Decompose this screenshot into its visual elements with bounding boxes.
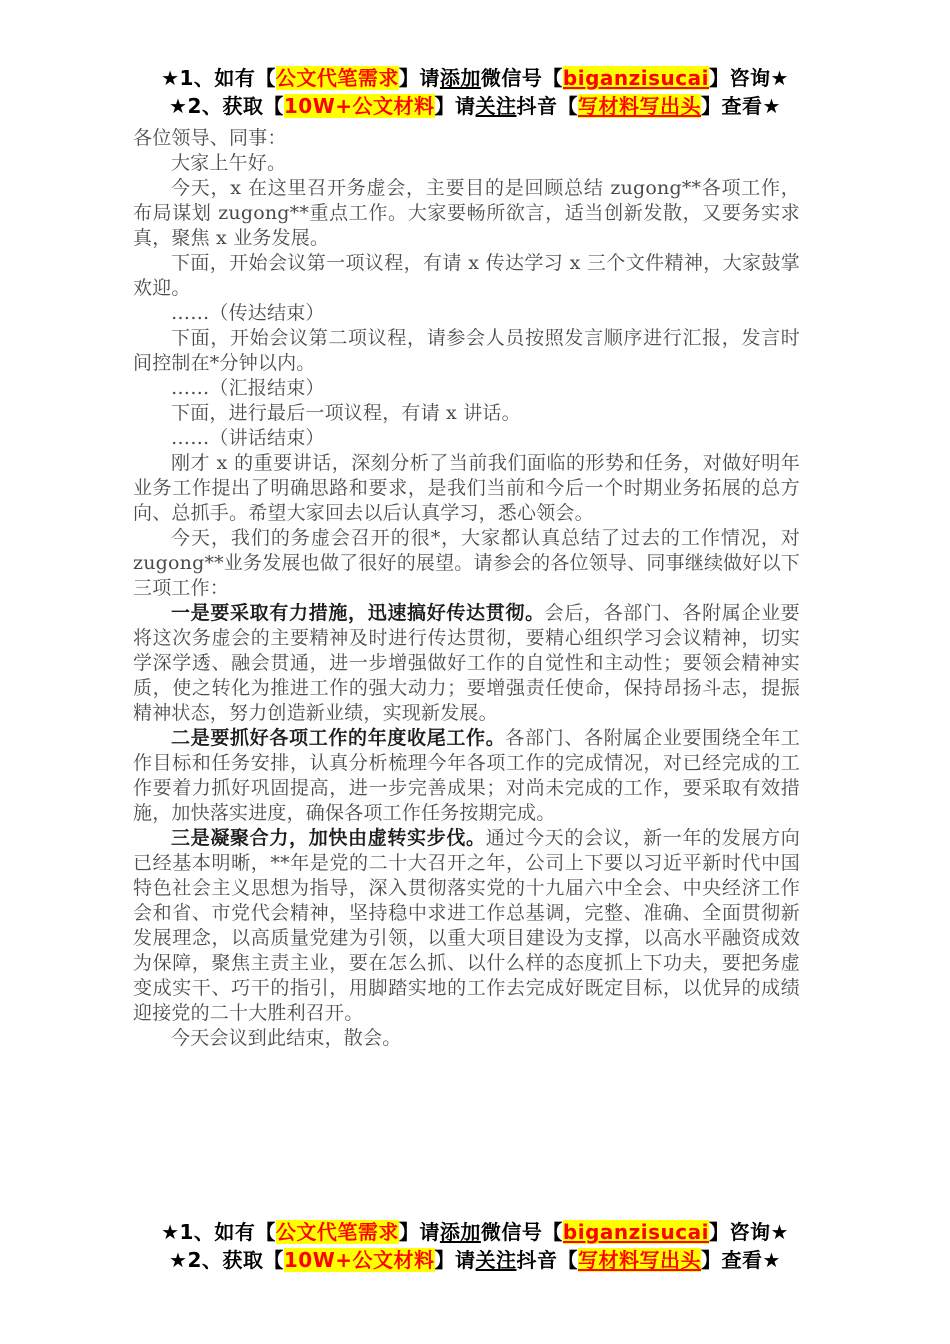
paragraph: 一是要采取有力措施，迅速搞好传达贯彻。会后，各部门、各附属企业要将这次务虚会的主… [133, 601, 800, 726]
paragraph: 各位领导、同事： [133, 126, 800, 151]
paragraph: 下面，进行最后一项议程，有请 x 讲话。 [133, 401, 800, 426]
star-icon: ★ [771, 66, 789, 90]
ad-text: 1、如有【 [180, 66, 276, 90]
header-ad-banner: ★1、如有【公文代笔需求】请添加微信号【biganzisucai】咨询★★2、获… [0, 0, 950, 120]
document-body: 各位领导、同事：大家上午好。今天，x 在这里召开务虚会，主要目的是回顾总结 zu… [133, 126, 800, 1051]
underline-term-follow: 关注 [476, 94, 517, 118]
footer-ad-banner: ★1、如有【公文代笔需求】请添加微信号【biganzisucai】咨询★★2、获… [0, 1218, 950, 1274]
underline-term-add: 添加 [440, 66, 481, 90]
ad-text: 】咨询 [709, 66, 771, 90]
ad-text: 】请 [435, 1248, 476, 1272]
douyin-id: 写材料写出头 [578, 1248, 701, 1272]
paragraph: 刚才 x 的重要讲话，深刻分析了当前我们面临的形势和任务，对做好明年业务工作提出… [133, 451, 800, 526]
wechat-id: biganzisucai [563, 1220, 709, 1244]
highlight-term-ghostwriting: 公文代笔需求 [276, 1220, 399, 1244]
ad-text: 】请 [435, 94, 476, 118]
douyin-id: 写材料写出头 [578, 94, 701, 118]
star-icon: ★ [161, 1220, 179, 1244]
star-icon: ★ [771, 1220, 789, 1244]
highlight-term-ghostwriting: 公文代笔需求 [276, 66, 399, 90]
star-icon: ★ [763, 94, 781, 118]
star-icon: ★ [763, 1248, 781, 1272]
ad-line-2: ★2、获取【10W+公文材料】请关注抖音【写材料写出头】查看★ [0, 1246, 950, 1274]
paragraph: 二是要抓好各项工作的年度收尾工作。各部门、各附属企业要围绕全年工作目标和任务安排… [133, 726, 800, 826]
paragraph-bold-lead: 三是凝聚合力，加快由虚转实步伐。 [171, 827, 486, 849]
wechat-id: biganzisucai [563, 66, 709, 90]
ad-text: 1、如有【 [180, 1220, 276, 1244]
paragraph: ……（传达结束） [133, 301, 800, 326]
paragraph: ……（讲话结束） [133, 426, 800, 451]
paragraph: 今天，x 在这里召开务虚会，主要目的是回顾总结 zugong**各项工作，布局谋… [133, 176, 800, 251]
ad-text: 】查看 [701, 94, 763, 118]
ad-line-2: ★2、获取【10W+公文材料】请关注抖音【写材料写出头】查看★ [0, 92, 950, 120]
paragraph: 今天会议到此结束，散会。 [133, 1026, 800, 1051]
paragraph: 下面，开始会议第二项议程，请参会人员按照发言顺序进行汇报，发言时间控制在*分钟以… [133, 326, 800, 376]
highlight-term-materials: 10W+公文材料 [284, 1248, 435, 1272]
star-icon: ★ [169, 94, 187, 118]
underline-term-follow: 关注 [476, 1248, 517, 1272]
ad-text: 微信号【 [481, 66, 563, 90]
star-icon: ★ [161, 66, 179, 90]
underline-term-add: 添加 [440, 1220, 481, 1244]
paragraph: ……（汇报结束） [133, 376, 800, 401]
highlight-term-materials: 10W+公文材料 [284, 94, 435, 118]
paragraph-bold-lead: 二是要抓好各项工作的年度收尾工作。 [171, 727, 505, 749]
document-page: ★1、如有【公文代笔需求】请添加微信号【biganzisucai】咨询★★2、获… [0, 0, 950, 1344]
ad-text: 2、获取【 [187, 94, 283, 118]
paragraph: 下面，开始会议第一项议程，有请 x 传达学习 x 三个文件精神，大家鼓掌欢迎。 [133, 251, 800, 301]
paragraph-bold-lead: 一是要采取有力措施，迅速搞好传达贯彻。 [171, 602, 545, 624]
paragraph: 三是凝聚合力，加快由虚转实步伐。通过今天的会议，新一年的发展方向已经基本明晰，*… [133, 826, 800, 1026]
ad-text: 】请 [399, 1220, 440, 1244]
ad-line-1: ★1、如有【公文代笔需求】请添加微信号【biganzisucai】咨询★ [0, 1218, 950, 1246]
ad-text: 】咨询 [709, 1220, 771, 1244]
paragraph: 大家上午好。 [133, 151, 800, 176]
ad-text: 抖音【 [517, 94, 579, 118]
paragraph: 今天，我们的务虚会召开的很*，大家都认真总结了过去的工作情况，对 zugong*… [133, 526, 800, 601]
star-icon: ★ [169, 1248, 187, 1272]
ad-line-1: ★1、如有【公文代笔需求】请添加微信号【biganzisucai】咨询★ [0, 64, 950, 92]
ad-text: 】查看 [701, 1248, 763, 1272]
ad-text: 抖音【 [517, 1248, 579, 1272]
ad-text: 微信号【 [481, 1220, 563, 1244]
ad-text: 】请 [399, 66, 440, 90]
ad-text: 2、获取【 [187, 1248, 283, 1272]
